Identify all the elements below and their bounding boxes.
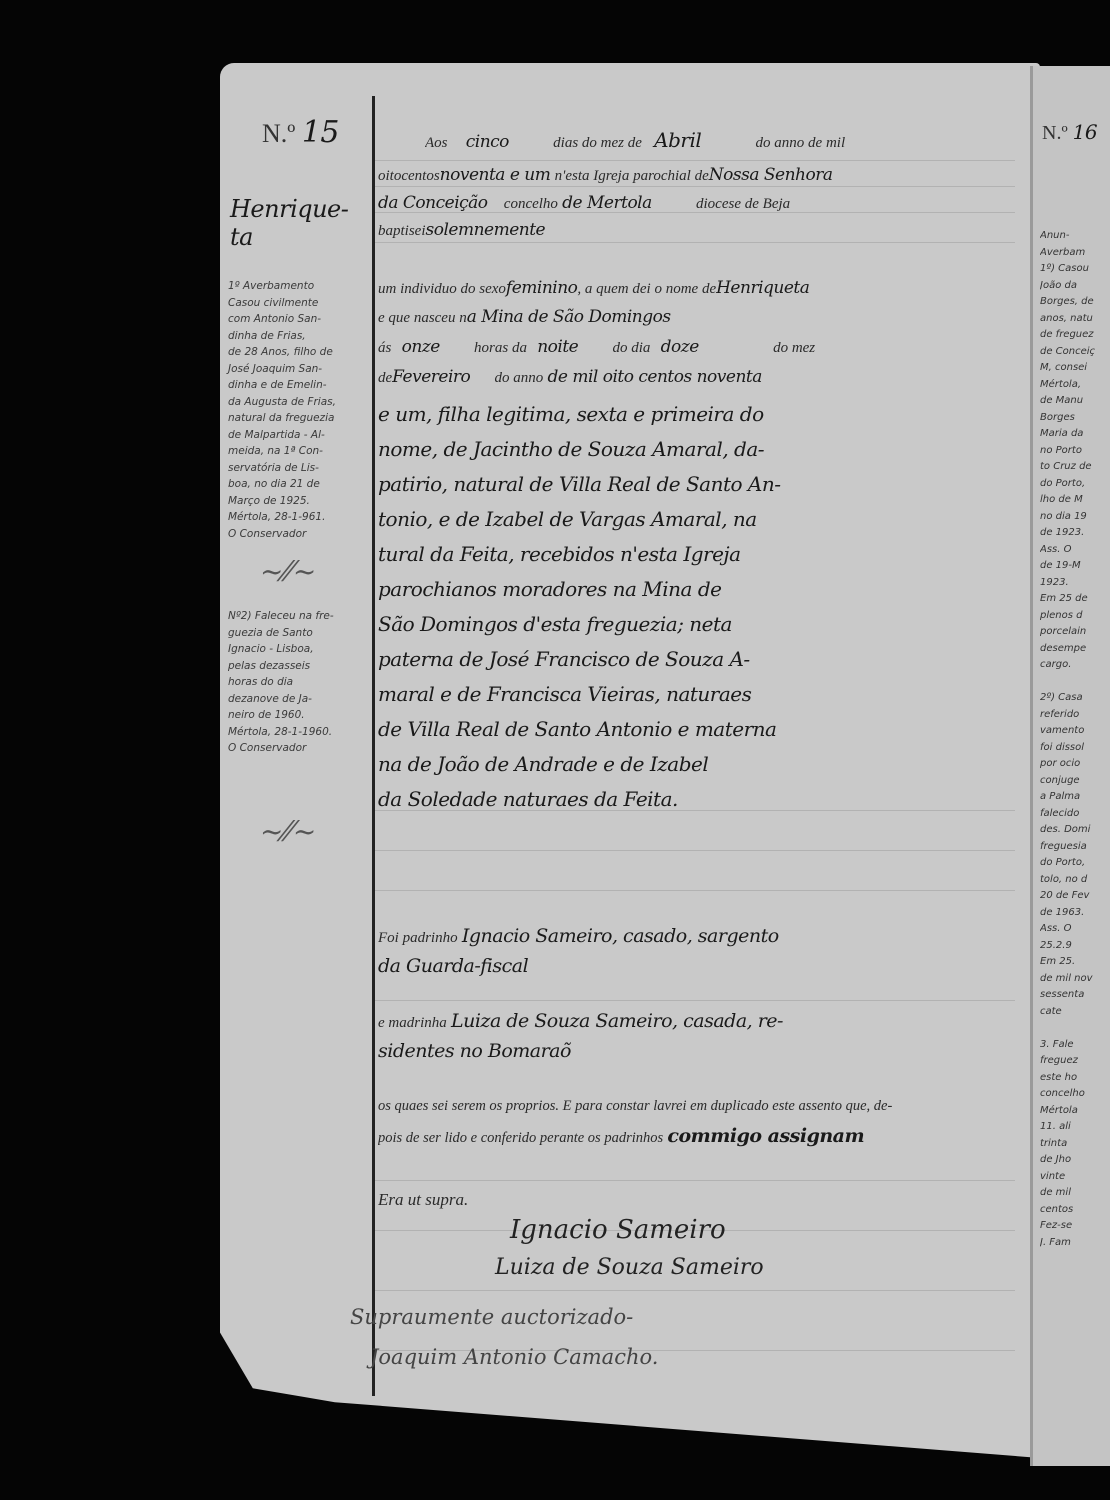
signature-madrinha: Luiza de Souza Sameiro xyxy=(495,1255,764,1280)
body-line-6: e que nasceu na Mina de São Domingos xyxy=(378,307,1018,327)
body-line-2: oitocentosnoventa e um n'esta Igreja par… xyxy=(378,165,1018,185)
body-line-19: na de João de Andrade e de Izabel xyxy=(378,752,1018,776)
next-record-number: N.º 16 xyxy=(1042,120,1097,145)
body-line-17: maral e de Francisca Vieiras, naturaes xyxy=(378,682,1018,706)
body-line-16: paterna de José Francisco de Souza A- xyxy=(378,647,1018,671)
body-line-1: Aos cinco dias do mez de Abril do anno d… xyxy=(425,128,1065,152)
closing-line-2: pois de ser lido e conferido perante os … xyxy=(378,1125,1018,1147)
era-ut-supra: Era ut supra. xyxy=(378,1190,1018,1210)
body-line-13: tural da Feita, recebidos n'esta Igreja xyxy=(378,542,1018,566)
body-line-14: parochianos moradores na Mina de xyxy=(378,577,1018,601)
body-line-9: e um, filha legitima, sexta e primeira d… xyxy=(378,402,1018,426)
priest-signature: Joaquim Antonio Camacho. xyxy=(370,1345,658,1369)
record-number: N.º 15 xyxy=(262,115,339,150)
ruled-line xyxy=(375,850,1015,851)
body-line-20: da Soledade naturaes da Feita. xyxy=(378,787,1018,811)
ruled-line xyxy=(375,1000,1015,1001)
ruled-line xyxy=(375,160,1015,161)
closing-line-1: os quaes sei serem os proprios. E para c… xyxy=(378,1098,1018,1115)
signature-padrinho: Ignacio Sameiro xyxy=(510,1215,726,1245)
body-line-11: patirio, natural de Villa Real de Santo … xyxy=(378,472,1018,496)
padrinho-line-2: da Guarda-fiscal xyxy=(378,955,1018,977)
body-line-15: São Domingos d'esta freguezia; neta xyxy=(378,612,1018,636)
body-line-18: de Villa Real de Santo Antonio e materna xyxy=(378,717,1018,741)
body-line-5: um individuo do sexofeminino, a quem dei… xyxy=(378,278,1018,298)
margin-divider xyxy=(372,96,375,1396)
next-page-notes: Anun-Averbam1º) CasouJoão daBorges, dean… xyxy=(1040,228,1110,1251)
margin-note-2: Nº2) Faleceu na fre-guezia de SantoIgnac… xyxy=(228,608,368,757)
margin-note-1: 1º AverbamentoCasou civilmentecom Antoni… xyxy=(228,278,368,542)
body-line-7: ás onze horas da noite do dia doze do me… xyxy=(378,337,1018,357)
priest-authorization: Supraumente auctorizado- xyxy=(350,1305,633,1329)
conservator-scribble-1: ~⁄⁄~ xyxy=(260,555,316,588)
padrinho-line: Foi padrinho Ignacio Sameiro, casado, sa… xyxy=(378,925,1018,947)
madrinha-line: e madrinha Luiza de Souza Sameiro, casad… xyxy=(378,1010,1018,1032)
number-label: N.º xyxy=(262,119,295,148)
ruled-line xyxy=(375,890,1015,891)
body-line-12: tonio, e de Izabel de Vargas Amaral, na xyxy=(378,507,1018,531)
body-line-10: nome, de Jacintho de Souza Amaral, da- xyxy=(378,437,1018,461)
ruled-line xyxy=(375,1290,1015,1291)
conservator-scribble-2: ~⁄⁄~ xyxy=(260,815,316,848)
body-line-8: deFevereiro do anno de mil oito centos n… xyxy=(378,367,1018,387)
margin-name: Henrique- ta xyxy=(230,195,370,251)
ruled-line xyxy=(375,1180,1015,1181)
number-value: 15 xyxy=(302,115,339,150)
ruled-line xyxy=(375,186,1015,187)
body-line-4: baptiseisolemnemente xyxy=(378,220,1018,240)
madrinha-line-2: sidentes no Bomaraõ xyxy=(378,1040,1018,1062)
body-line-3: da Conceição concelho de Mertola diocese… xyxy=(378,193,1018,213)
ruled-line xyxy=(375,242,1015,243)
